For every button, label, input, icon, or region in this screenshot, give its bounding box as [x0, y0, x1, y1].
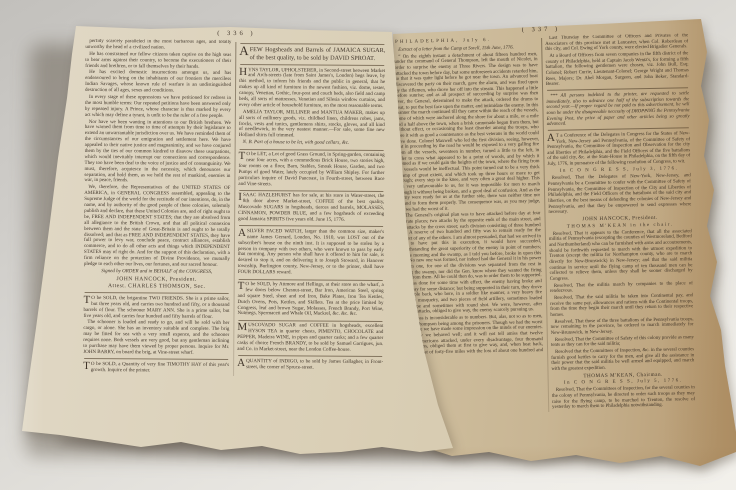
section-rule	[85, 292, 229, 294]
hancock-signature: JOHN HANCOCK, President.	[84, 276, 230, 284]
milliner-ad: AMELIA TAYLOR, MILLINER and MANTUA MAKER…	[239, 110, 385, 140]
attmore-hellings-ad: TO be SOLD, by Attmore and Hellings, at …	[237, 282, 383, 318]
section-rule	[240, 43, 384, 45]
lost-watch-ad: A SILVER FACED WATCH, larger than the co…	[238, 229, 384, 277]
declaration-paragraph: perfidy scarcely paralleled in the most …	[85, 39, 231, 52]
declaration-paragraph: In every stage of these oppressions we h…	[85, 95, 231, 120]
muscovado-sugar-ad: MUSCOVADO SUGAR and COFFEE in hogsheads,…	[237, 323, 383, 353]
ships-for-sale-ad: TO be SOLD, the brigantine TWO FRIENDS. …	[83, 296, 229, 321]
declaration-paragraph: He has constrained our fellow citizens t…	[85, 52, 231, 71]
section-rule	[240, 149, 384, 151]
indigo-ad: A QUANTITY of INDIGO, to be sold by Jame…	[237, 359, 383, 372]
section-rule	[238, 320, 382, 322]
section-rule	[239, 190, 383, 192]
grass-ground-ad: TO be LET, a Lot of good Grass Ground, i…	[238, 152, 384, 188]
section-rule	[240, 64, 384, 66]
left-page-column-1: perfidy scarcely paralleled in the most …	[83, 39, 231, 376]
section-rule	[84, 358, 228, 360]
timothy-hay-ad: TO be SOLD, a Quantity of very fine TIMO…	[83, 362, 229, 375]
section-rule	[239, 279, 383, 281]
left-page-wrap: ( 336 ) perfidy scarcely paralleled in t…	[0, 0, 736, 490]
hazlehurst-ad: ISAAC HAZLEHURST has for sale, at his st…	[238, 193, 384, 223]
left-page-column-2: A FEW Hogsheads and Barrels of JAMAICA S…	[237, 40, 385, 377]
signed-by-order-line: Signed by ORDER and in BEHALF of the CON…	[84, 269, 230, 276]
page-number-left: ( 336 )	[85, 29, 387, 38]
ships-for-sale-ad-continued: The schooner is loaded and ready to go, …	[83, 320, 229, 356]
photo-of-newspaper-spread: ( 337 ) PHILADELPHIA, July 6. Extract of…	[0, 0, 736, 490]
column-rule	[233, 42, 236, 376]
declaration-paragraph: We, therefore, the Representatives of th…	[84, 185, 231, 268]
declaration-paragraph: Nor have we been wanting in attentions t…	[84, 120, 230, 186]
section-rule	[239, 225, 383, 227]
thomson-attest: Attest. CHARLES THOMSON, Sec.	[84, 283, 230, 291]
left-page-content: ( 336 ) perfidy scarcely paralleled in t…	[83, 29, 388, 449]
nb-note: N. B. Part of a house to be let, with go…	[239, 140, 385, 147]
upholsterer-ad: HYNS TAYLOR, UPHOLSTERER, in Second-stre…	[239, 68, 385, 110]
section-rule	[238, 355, 382, 357]
declaration-paragraph: He has excited domestic insurrections am…	[85, 70, 231, 95]
jamaica-sugar-ad: A FEW Hogsheads and Barrels of JAMAICA S…	[239, 46, 385, 63]
newspaper-page-left: ( 336 ) perfidy scarcely paralleled in t…	[0, 0, 736, 490]
